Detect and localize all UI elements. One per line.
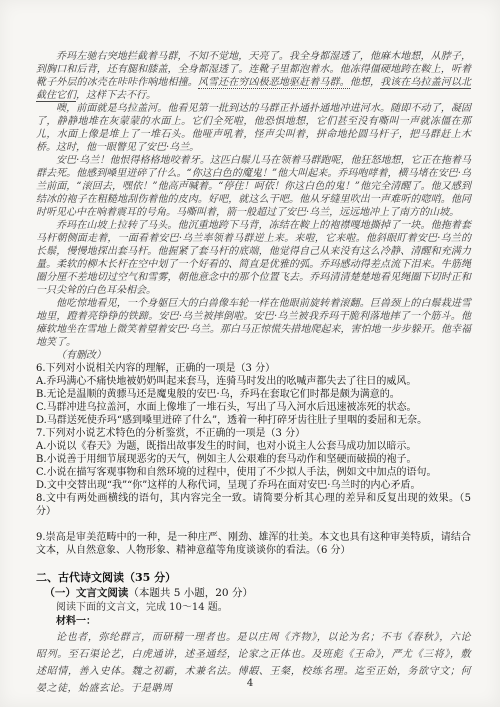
reading-instruction: 阅读下面的文言文，完成 10～14 题。 <box>36 601 471 615</box>
question-7-option-d: D.文中交替出现“我”“你”这样的人称代词，呈现了乔玛在面对安巴·乌兰时的内心矛… <box>36 479 471 492</box>
questions-block: 6.下列对小说相关内容的理解，正确的一项是（3 分） A.乔玛满心不痛快地被奶奶… <box>36 362 471 557</box>
page-number: 4 <box>0 678 500 689</box>
exam-page: 乔玛左驰右突地拦截着马群，不知不觉地，天亮了。我全身都湿透了，他麻木地想，从脖子… <box>0 0 500 707</box>
underlined-phrase-2: “你这白色的魔鬼！” <box>187 168 278 180</box>
material-one-label: 材料一： <box>36 615 471 629</box>
section-2-title: 二、古代诗文阅读（35 分） <box>36 570 471 586</box>
subsection-heading: （一）文言文阅读（本题共 5 小题，20 分） <box>36 586 471 601</box>
question-7-stem: 7.下列对小说艺术特色的分析鉴赏，不正确的一项是（3 分） <box>36 427 471 440</box>
question-6-option-a: A.乔玛满心不痛快地被奶奶叫起来套马，连骑马时发出的吆喊声都失去了往日的威风。 <box>36 375 471 388</box>
spacer <box>36 518 471 531</box>
question-8: 8.文中有两处画横线的语句，其内容完全一致。请简要分析其心理的差异和反复出现的效… <box>36 492 471 518</box>
story-p1-text-c: ，这样下去不行。 <box>76 90 156 101</box>
question-6-option-d: D.马群送死使乔玛“感到嗓里迸碎了什么”，透着一种打碎牙齿往肚子里咽的委屈和无奈… <box>36 414 471 427</box>
page-content: 乔玛左驰右突地拦截着马群，不知不觉地，天亮了。我全身都湿透了，他麻木地想，从脖子… <box>0 0 500 697</box>
subsection-title: （一）文言文阅读 <box>44 587 128 599</box>
question-7-option-b: B.小说善于用细节展现恶劣的天气，例如主人公艰难的套马动作和坚硬而破损的袍子。 <box>36 453 471 466</box>
emphasis-dotted-phrase: 风雪还在穷凶极恶地驱赶着马群。 <box>198 77 350 89</box>
story-paragraph-3: 安巴·乌兰！他恨得格格地咬着牙。这匹白鬃儿马在领着马群跑呢，他狂怒地想，它正在拖… <box>36 154 471 219</box>
question-7-option-a: A.小说以《春天》为题，既指出故事发生的时间，也对小说主人公套马成功加以暗示。 <box>36 440 471 453</box>
question-6-option-b: B.无论是温顺的黄骠马还是魔鬼般的安巴·乌，乔玛在套取它们时都是颇为满意的。 <box>36 388 471 401</box>
subsection-note: （本题共 5 小题，20 分） <box>128 587 253 599</box>
question-9: 9.崇高是审美范畴中的一种，是一种庄严、刚劲、雄浑的壮美。本文也具有这种审美特质… <box>36 531 471 557</box>
story-p1-text-b: 他想， <box>350 77 380 88</box>
question-6-stem: 6.下列对小说相关内容的理解，正确的一项是（3 分） <box>36 362 471 375</box>
story-paragraph-2: 噢，前面就是乌拉盖河。他看见第一批到达的马群正扑通扑通地冲进河水。随即不动了，凝… <box>36 102 471 154</box>
source-note: （有删改） <box>36 349 471 362</box>
question-7-option-c: C.小说在描写客观事物和自然环境的过程中，使用了不少拟人手法，例如文中加点的语句… <box>36 466 471 479</box>
story-paragraph-5: 他吃惊地看见，一个身躯巨大的白兽像车轮一样在他眼前旋转着滚翻。巨兽颈上的白鬃栽进… <box>36 297 471 349</box>
question-6-option-c: C.马群冲进乌拉盖河，水面上像堆了一堆石头，写出了马入河水后迅速被冻死的状态。 <box>36 401 471 414</box>
story-passage: 乔玛左驰右突地拦截着马群，不知不觉地，天亮了。我全身都湿透了，他麻木地想，从脖子… <box>36 50 471 362</box>
spacer <box>36 557 471 570</box>
story-paragraph-1: 乔玛左驰右突地拦截着马群，不知不觉地，天亮了。我全身都湿透了，他麻木地想，从脖子… <box>36 50 471 102</box>
story-paragraph-4: 乔玛在山坡上拉转了马头。他沉重地跨下马背，冻结在鞍上的袍襟嘎地撕掉了一块。他拖着… <box>36 219 471 297</box>
